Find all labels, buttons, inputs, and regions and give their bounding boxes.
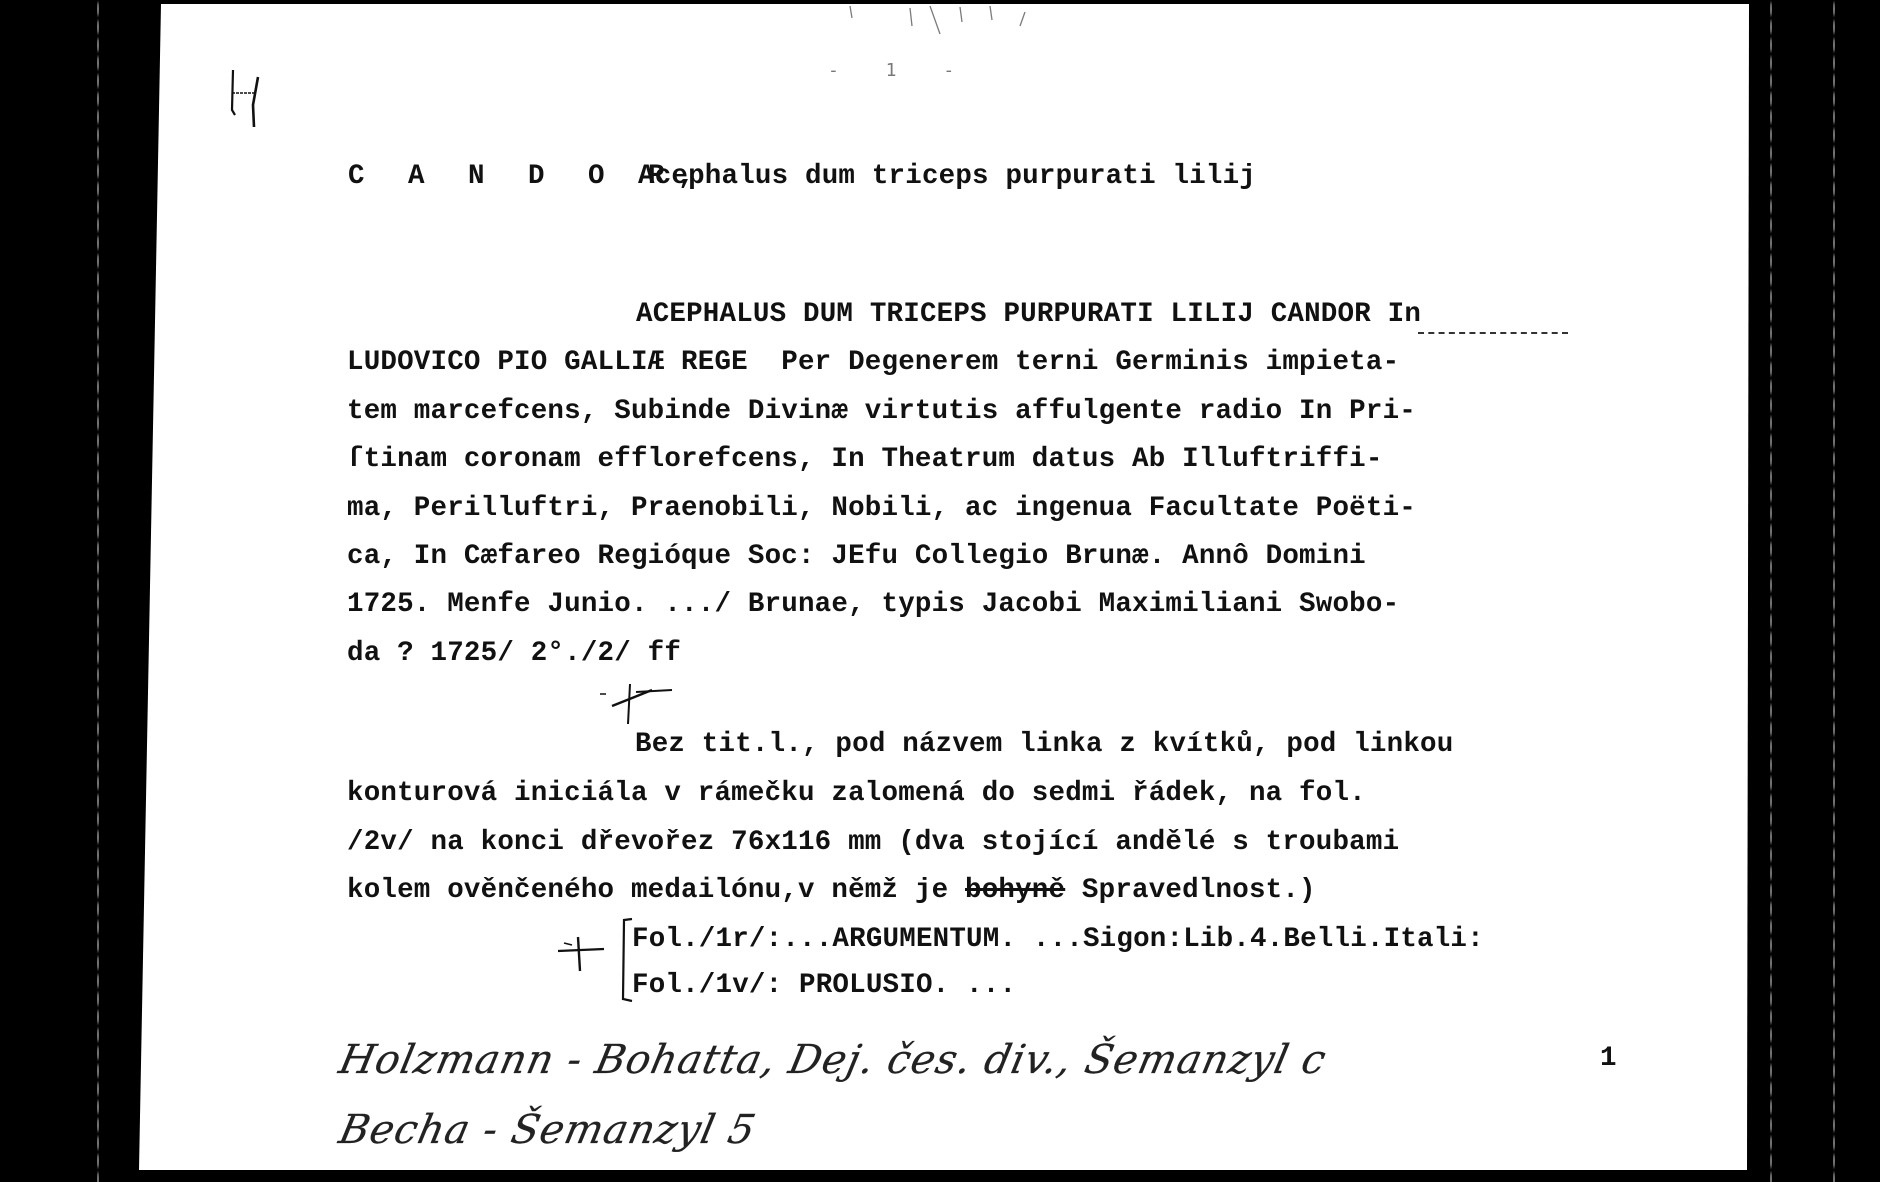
contents-bracket-icon (552, 915, 642, 1005)
description-line-3: /2v/ na konci dřevořez 76x116 mm (dva st… (347, 829, 1399, 857)
title-line-1: ACEPHALUS DUM TRICEPS PURPURATI LILIJ CA… (636, 301, 1421, 329)
description-line-4: kolem ověnčeného medailónu,v němž je boh… (347, 877, 1316, 905)
corner-mark-h-icon (225, 65, 265, 135)
title-line-3: tem marcefcens, Subinde Divinæ virtutis … (347, 398, 1416, 426)
title-line-4: ſtinam coronam efflorefcens, In Theatrum… (347, 446, 1383, 474)
scan-noise-right (1770, 0, 1772, 1182)
title-line-2: LUDOVICO PIO GALLIÆ REGE Per Degenerem t… (347, 349, 1399, 377)
top-page-mark: - 1 - (828, 60, 972, 81)
description-line-4-prefix: kolem ověnčeného medailónu,v němž je (347, 875, 965, 906)
title-line-7: 1725. Menfe Junio. .../ Brunae, typis Ja… (347, 591, 1399, 619)
contents-line-1: Fol./1r/:...ARGUMENTUM. ...Sigon:Lib.4.B… (632, 926, 1484, 954)
description-line-4-suffix: Spravedlnost.) (1065, 875, 1316, 906)
heading-subtitle: Acephalus dum triceps purpurati lilij (638, 163, 1256, 191)
scan-noise-right-outer (1833, 0, 1835, 1182)
scan-noise-left (97, 0, 99, 1182)
scan-background: - 1 - H C A N D O R, Acephalus dum trice… (0, 0, 1880, 1182)
cross-mark-icon (592, 680, 682, 730)
contents-line-2: Fol./1v/: PROLUSIO. ... (632, 972, 1016, 1000)
card-number: 1 (1600, 1045, 1617, 1073)
title-line-6: ca, In Cæfareo Regióque Soc: JEfu Colleg… (347, 543, 1366, 571)
scan-noise-top (820, 4, 1040, 44)
handwritten-note-1: Holzmann - Bohatta, Dej. čes. div., Šema… (336, 1040, 1330, 1080)
candor-underline (1418, 332, 1568, 334)
description-line-1: Bez tit.l., pod názvem linka z kvítků, p… (635, 731, 1453, 759)
title-line-5: ma, Perilluftri, Praenobili, Nobili, ac … (347, 495, 1416, 523)
title-line-8: da ? 1725/ 2°./2/ ff (347, 640, 681, 668)
struck-word: bohyně (965, 875, 1065, 906)
description-line-2: konturová iniciála v rámečku zalomená do… (347, 780, 1366, 808)
handwritten-note-2: Becha - Šemanzyl 5 (336, 1110, 760, 1150)
